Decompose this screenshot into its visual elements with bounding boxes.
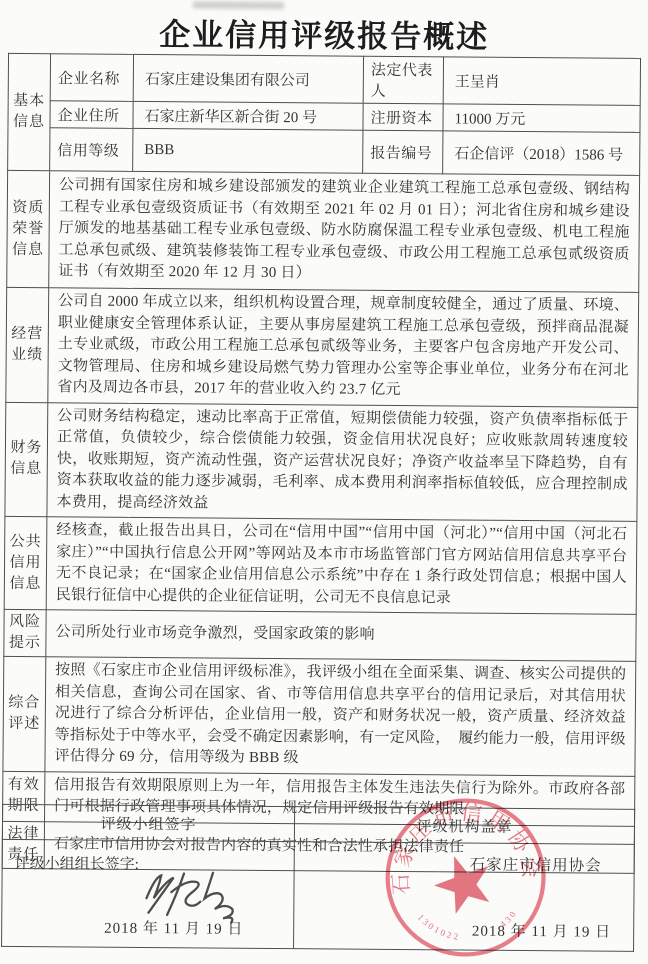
- seal-code-right: 430: [497, 907, 521, 930]
- report-table: 基本 信息 企业名称 石家庄建设集团有限公司 法定代表人 王呈肖 企业住所 石家…: [2, 53, 641, 873]
- section-row-risk-warning: 风险 提示 公司所处行业市场竞争激烈，受国家政策的影响: [4, 609, 636, 661]
- section-text-public-credit-info: 经核查，截止报告出具日，公司在“信用中国”“信用中国（河北）”“信用中国（河北石…: [46, 517, 637, 615]
- team-signature-header: 评级小组签字: [2, 804, 294, 841]
- legal-rep-value: 王呈肖: [443, 57, 640, 106]
- section-text-business-performance: 公司自 2000 年成立以来，组织机构设置合理，规章制度较健全，通过了质量、环境…: [48, 288, 639, 407]
- table-row: 基本 信息 企业名称 石家庄建设集团有限公司 法定代表人 王呈肖: [8, 53, 640, 105]
- section-label-comprehensive-review: 综合 评述: [3, 656, 46, 771]
- section-label-basic-info: 基本 信息: [8, 53, 51, 170]
- section-row-qualifications: 资质 荣誉 信息 公司拥有国家住房和城乡建设部颁发的建筑业企业建筑工程施工总承包…: [7, 170, 640, 292]
- credit-rating-value: BBB: [133, 128, 363, 173]
- section-text-comprehensive-review: 按照《石家庄市企业信用评级标准》，我评级小组在全面采集、调查、核实公司提供的相关…: [45, 657, 636, 776]
- section-row-business-performance: 经营 业绩 公司自 2000 年成立以来，组织机构设置合理，规章制度较健全，通过…: [6, 287, 639, 406]
- section-text-qualifications: 公司拥有国家住房和城乡建设部颁发的建筑业企业建筑工程施工总承包壹级、钢结构工程专…: [49, 171, 640, 293]
- company-name-label: 企业名称: [50, 54, 133, 102]
- address-value: 石家庄新华区新合街 20 号: [133, 101, 363, 130]
- section-text-financial-info: 公司财务结构稳定，速动比率高于正常值，短期偿债能力较强，资产负债率指标低于正常值…: [47, 402, 638, 521]
- report-number-value: 石企信评（2018）1586 号: [443, 131, 640, 176]
- scanned-report-page: 企业信用评级报告概述 基本 信息 企业名称 石家庄建设集团有限公司 法定代表人 …: [0, 0, 648, 964]
- seal-star-icon: [427, 847, 500, 918]
- report-number-label: 报告编号: [363, 130, 443, 174]
- section-row-financial-info: 财务 信息 公司财务结构稳定，速动比率高于正常值，短期偿债能力较强，资产负债率指…: [5, 402, 638, 521]
- page-title: 企业信用评级报告概述: [0, 8, 648, 58]
- agency-seal-stamp: 石家庄市信用协会 1301022 430: [379, 791, 552, 964]
- leader-signature-label: 评级小组组长签字:: [15, 852, 139, 874]
- team-leader-signature-cell: 评级小组组长签字: 2018 年 11 月 19 日: [2, 839, 295, 948]
- section-label-risk-warning: 风险 提示: [4, 609, 46, 656]
- company-name-value: 石家庄建设集团有限公司: [133, 54, 363, 103]
- leader-signature-handwriting: [130, 865, 245, 924]
- credit-rating-label: 信用等级: [50, 128, 133, 172]
- registered-capital-label: 注册资本: [363, 103, 443, 131]
- section-row-comprehensive-review: 综合 评述 按照《石家庄市企业信用评级标准》，我评级小组在全面采集、调查、核实公…: [3, 656, 636, 775]
- section-label-financial-info: 财务 信息: [5, 402, 48, 517]
- section-label-qualifications: 资质 荣誉 信息: [7, 170, 50, 287]
- address-label: 企业住所: [50, 101, 133, 129]
- table-row: 信用等级 BBB 报告编号 石企信评（2018）1586 号: [8, 127, 640, 175]
- section-text-risk-warning: 公司所处行业市场竞争激烈，受国家政策的影响: [46, 610, 636, 662]
- registered-capital-value: 11000 万元: [443, 104, 640, 133]
- legal-rep-label: 法定代表人: [363, 56, 443, 104]
- scan-artifact: [192, 1, 284, 9]
- section-label-business-performance: 经营 业绩: [6, 287, 49, 402]
- team-signature-date: 2018 年 11 月 19 日: [104, 917, 243, 939]
- section-label-public-credit-info: 公共 信用 信息: [4, 516, 47, 609]
- section-row-public-credit-info: 公共 信用 信息 经核查，截止报告出具日，公司在“信用中国”“信用中国（河北）”…: [4, 516, 637, 614]
